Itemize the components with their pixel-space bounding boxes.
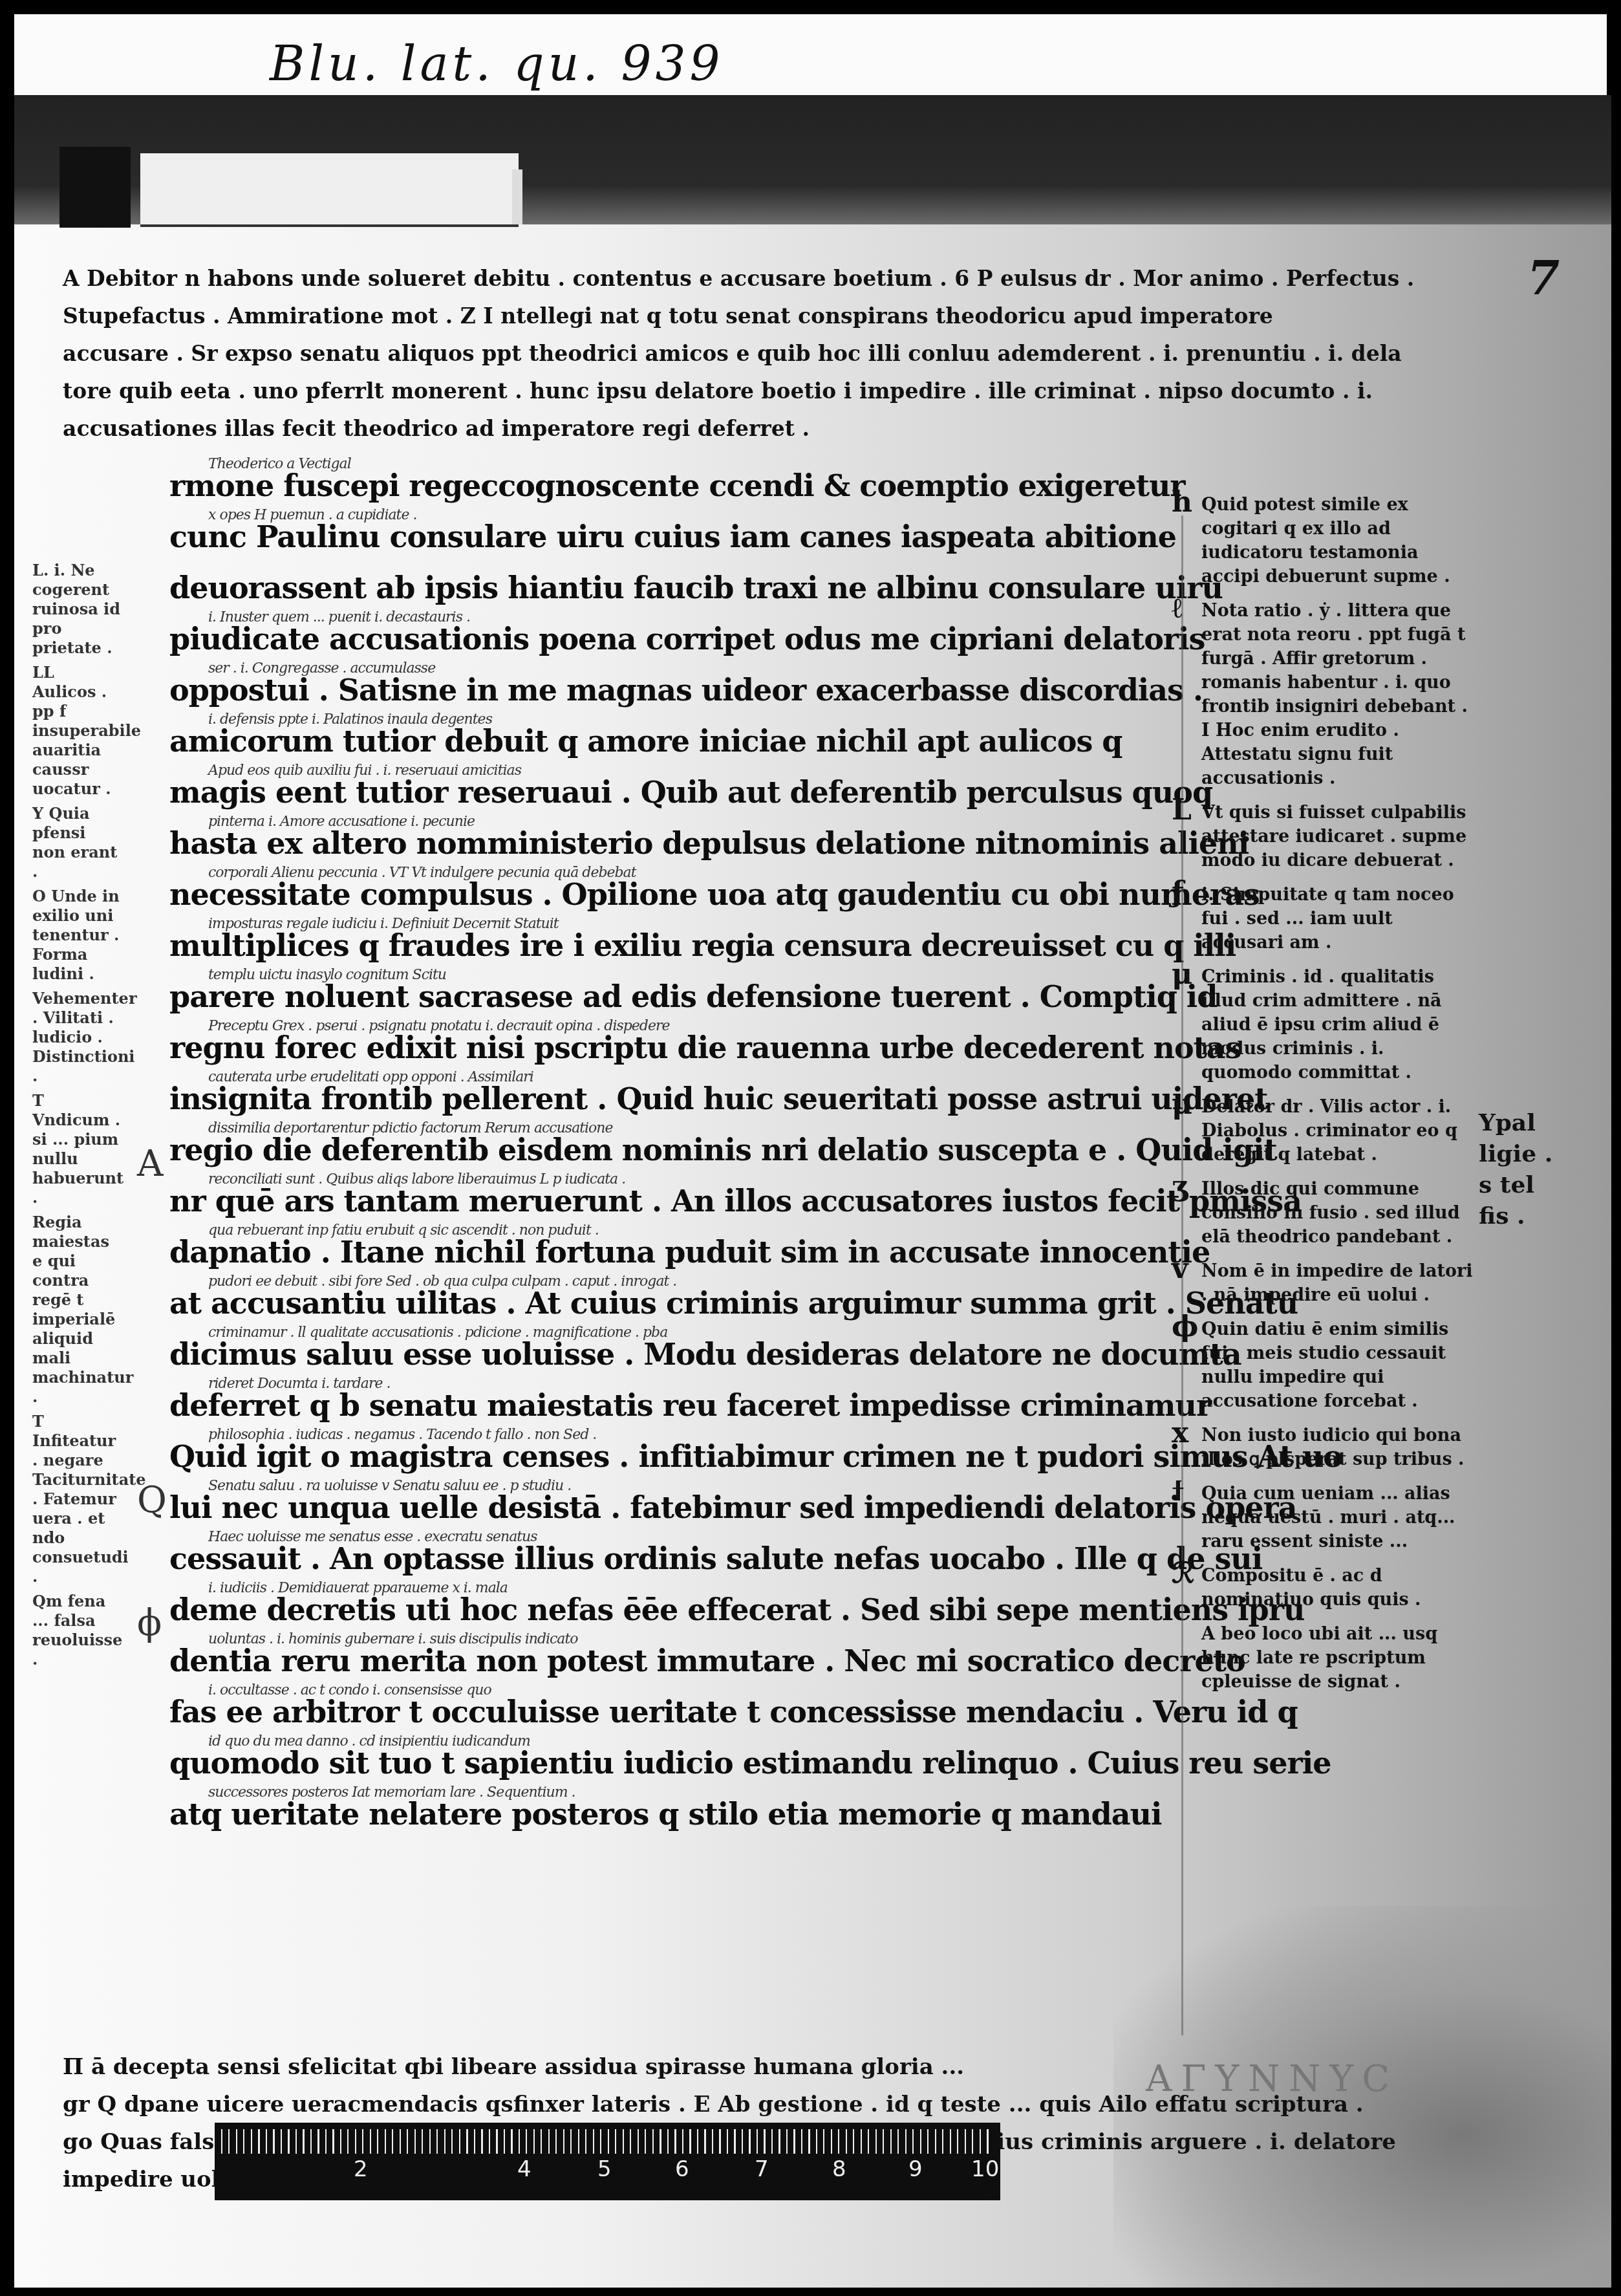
- text-line: x opes H puemun . a cupidiate .cunc Paul…: [169, 512, 1146, 563]
- interlinear-gloss: criminamur . ll qualitate accusationis .…: [208, 1307, 667, 1358]
- reference-sigil: ƒ: [1172, 880, 1184, 904]
- interlinear-gloss: x opes H puemun . a cupidiate .: [208, 490, 416, 541]
- reference-sigil: ϕ: [1172, 1315, 1198, 1339]
- binding-clip: [59, 147, 131, 228]
- reference-sigil: ϯ: [1172, 1479, 1185, 1503]
- gloss-reference-mark: A: [137, 1143, 163, 1185]
- gloss-entry: ʒIllos dic qui commune consilio in fusio…: [1172, 1177, 1476, 1249]
- reference-sigil: L: [1172, 798, 1192, 822]
- gloss-entry: ϯQuia cum ueniam ... alias nequā uestū .…: [1172, 1482, 1476, 1554]
- interlinear-gloss: Preceptu Grex . pserui . psignatu pnotat…: [208, 1001, 670, 1052]
- paper-tape-edge: [512, 169, 522, 224]
- reference-sigil: μ: [1172, 962, 1192, 986]
- ruler-label: 9: [908, 2156, 923, 2182]
- interlinear-gloss: imposturas regale iudiciu i. Definiuit D…: [208, 898, 559, 949]
- interlinear-gloss: pudori ee debuit . sibi fore Sed . ob qu…: [208, 1256, 676, 1307]
- paper-tape-strip: [140, 153, 519, 227]
- gloss-line: Stupefactus . Ammiratione mot . Z I ntel…: [63, 298, 1485, 335]
- interlinear-gloss: philosophia . iudicas . negamus . Tacend…: [208, 1409, 596, 1460]
- gloss-entry: Vehementer . Vilitati . ludicio . Distin…: [32, 989, 123, 1086]
- interlinear-gloss: corporali Alienu peccunia . VT Vt indulg…: [208, 847, 636, 898]
- ruler-label: 2: [354, 2156, 368, 2182]
- ruler-label: 10: [971, 2156, 999, 2182]
- gloss-line: accusare . Sr expso senatu aliquos ppt t…: [63, 335, 1485, 373]
- interlinear-gloss: dissimilia deportarentur pdictio factoru…: [208, 1103, 613, 1154]
- gloss-entry: LL Aulicos . pp f insuperabile auaritia …: [32, 663, 123, 799]
- reference-sigil: h: [1172, 490, 1192, 514]
- gloss-entry: Qm fena ... falsa reuoluisse .: [32, 1592, 123, 1669]
- interlinear-gloss: Haec uoluisse me senatus esse . execratu…: [208, 1511, 537, 1563]
- scan-sheet: Blu. lat. qu. 939 7 A Debitor n habons u…: [14, 14, 1607, 2282]
- gloss-line: gr Q dpane uicere ueracmendacis qsfinxer…: [63, 2086, 1550, 2123]
- gloss-entry: ƒi. Simpuitate q tam noceo fui . sed ...…: [1172, 883, 1476, 955]
- main-text-block: Theoderico a Vectigalrmone fuscepi regec…: [169, 460, 1146, 1840]
- top-marginal-gloss: A Debitor n habons unde solueret debitu …: [63, 260, 1485, 448]
- gloss-entry: xNon iusto iudicio qui bona illos ꝗ plsp…: [1172, 1424, 1476, 1471]
- folio-number: 7: [1527, 250, 1560, 305]
- ruler-label: 4: [517, 2156, 531, 2182]
- interlinear-gloss: i. occultasse . ac t condo i. consensiss…: [208, 1665, 491, 1716]
- ruler-label: 7: [755, 2156, 769, 2182]
- interlinear-gloss: ser . i. Congregasse . accumulasse: [208, 643, 435, 694]
- interlinear-gloss: successores posteros Iat memoriam lare .…: [208, 1767, 575, 1818]
- ruler-ticks: [221, 2129, 994, 2154]
- interlinear-gloss: reconciliati sunt . Quibus aliqs labore …: [208, 1154, 625, 1205]
- gloss-entry: T Infiteatur . negare Taciturnitate . Fa…: [32, 1412, 123, 1587]
- manuscript-folio: 7 A Debitor n habons unde solueret debit…: [14, 95, 1611, 2288]
- gloss-entry: μDelator dr . Vilis actor . i. Diabolus …: [1172, 1095, 1476, 1167]
- interlinear-gloss: cauterata urbe erudelitati opp opponi . …: [208, 1052, 533, 1103]
- interlinear-gloss: id quo du mea danno . cd insipientiu iud…: [208, 1716, 530, 1767]
- interlinear-gloss: pinterna i. Amore accusatione i. pecunie: [208, 796, 475, 847]
- gloss-entry: O Unde in exilio uni tenentur . Forma lu…: [32, 887, 123, 984]
- reference-sigil: ℛ: [1172, 1561, 1194, 1585]
- outer-right-gloss: Ypal ligie . s tel fis .: [1479, 1107, 1552, 1231]
- gloss-reference-mark: ϕ: [137, 1602, 162, 1644]
- interlinear-gloss: Theoderico a Vectigal: [208, 439, 351, 490]
- gloss-entry: ℓNota ratio . ẏ . littera que erat nota …: [1172, 599, 1476, 790]
- gloss-line: tore quib eeta . uno pferrlt monerent . …: [63, 373, 1485, 410]
- gloss-entry: μCriminis . id . qualitatis illud crim a…: [1172, 965, 1476, 1085]
- interlinear-gloss: uoluntas . i. hominis gubernare i. suis …: [208, 1614, 578, 1665]
- gloss-entry: vNom ē in impedire de latori . nā impedi…: [1172, 1259, 1476, 1307]
- interlinear-gloss: Senatu saluu . ra uoluisse v Senatu salu…: [208, 1460, 571, 1511]
- gloss-entry: Regia maiestas e qui contra regē t imper…: [32, 1213, 123, 1407]
- gloss-entry: hQuid potest simile ex cogitari q ex ill…: [1172, 493, 1476, 589]
- left-marginal-gloss: L. i. Ne cogerent ruinosa id pro prietat…: [32, 561, 123, 1674]
- right-marginal-gloss: hQuid potest simile ex cogitari q ex ill…: [1172, 493, 1476, 1704]
- gloss-line: Π ā decepta sensi sfelicitat qbi libeare…: [63, 2048, 1550, 2086]
- ruler-label: 6: [675, 2156, 689, 2182]
- shelfmark-annotation: Blu. lat. qu. 939: [270, 36, 724, 92]
- measurement-ruler: 2 4 5 6 7 8 9 10: [215, 2123, 1000, 2200]
- gloss-entry: A beo loco ubi ait ... usq hunc late re …: [1172, 1622, 1476, 1694]
- gloss-entry: ℛCompositu ē . ac d nominatiuo quis quis…: [1172, 1564, 1476, 1612]
- gloss-reference-mark: Q: [137, 1479, 167, 1521]
- interlinear-gloss: qua rebuerant inp fatiu erubuit q sic as…: [208, 1205, 599, 1256]
- interlinear-gloss: rideret Documta i. tardare .: [208, 1358, 390, 1409]
- reference-sigil: μ: [1172, 1092, 1192, 1116]
- reference-sigil: ℓ: [1172, 596, 1183, 620]
- gloss-entry: ϕQuin datiu ē enim similis fui . meis st…: [1172, 1317, 1476, 1413]
- ruler-label: 8: [832, 2156, 846, 2182]
- reference-sigil: v: [1172, 1257, 1188, 1281]
- gloss-entry: LVt quis si fuisset culpabilis attestare…: [1172, 801, 1476, 872]
- ruler-label: 5: [597, 2156, 612, 2182]
- interlinear-gloss: i. defensis ppte i. Palatinos inaula deg…: [208, 694, 492, 745]
- text-line: successores posteros Iat memoriam lare .…: [169, 1789, 1146, 1840]
- reference-sigil: ʒ: [1172, 1175, 1188, 1198]
- interlinear-gloss: i. iudiciis . Demidiauerat pparaueme x i…: [208, 1563, 508, 1614]
- reference-sigil: x: [1172, 1421, 1188, 1445]
- gloss-entry: L. i. Ne cogerent ruinosa id pro prietat…: [32, 561, 123, 658]
- interlinear-gloss: templu uictu inasylo cognitum Scitu: [208, 949, 446, 1001]
- interlinear-gloss: Apud eos quib auxiliu fui . i. reseruaui…: [208, 745, 521, 796]
- gloss-entry: T Vndicum . si ... pium nullu habuerunt …: [32, 1091, 123, 1208]
- gloss-line: A Debitor n habons unde solueret debitu …: [63, 260, 1485, 298]
- gloss-entry: Y Quia pfensi non erant .: [32, 804, 123, 882]
- interlinear-gloss: i. Inuster quem ... puenit i. decastauri…: [208, 592, 470, 643]
